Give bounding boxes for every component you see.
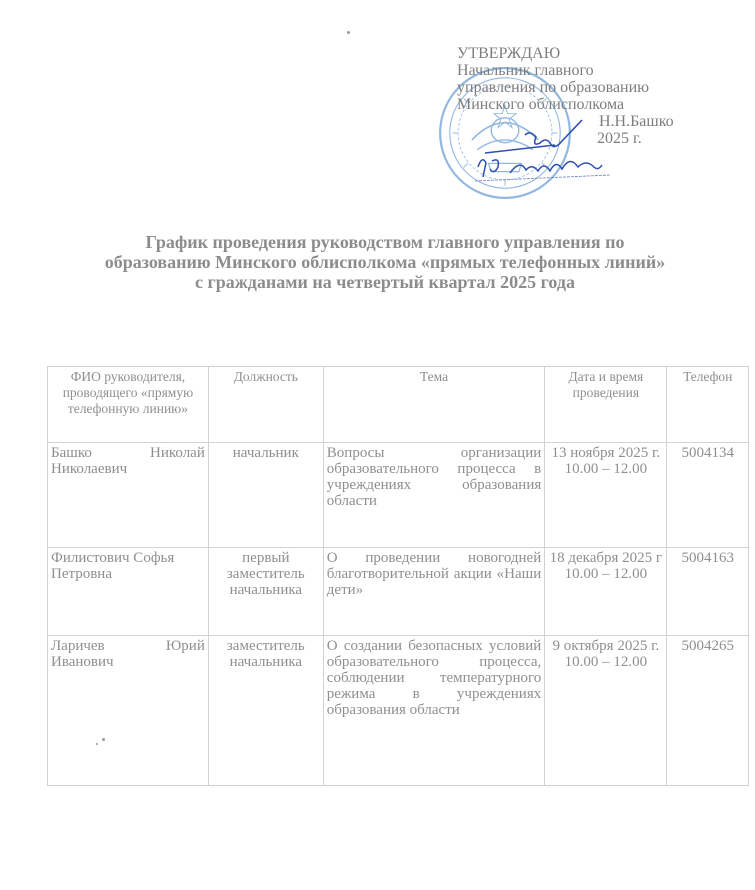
cell-datetime: 18 декабря 2025 г 10.00 – 12.00 xyxy=(545,548,667,636)
header-name: ФИО руководителя, проводящего «прямую те… xyxy=(48,367,209,443)
approval-heading: УТВЕРЖДАЮ xyxy=(457,45,674,62)
cell-topic: Вопросы организации образовательного про… xyxy=(323,443,544,548)
cell-name: Филистович Софья Петровна xyxy=(48,548,209,636)
cell-datetime: 13 ноября 2025 г. 10.00 – 12.00 xyxy=(545,443,667,548)
cell-name: Башко Николай Николаевич xyxy=(48,443,209,548)
cell-topic: О проведении новогодней благотворительно… xyxy=(323,548,544,636)
cell-phone: 5004163 xyxy=(667,548,749,636)
cell-date: 13 ноября 2025 г. xyxy=(548,445,663,461)
scan-speck xyxy=(102,738,105,741)
table-row: Филистович Софья Петровна первый замести… xyxy=(48,548,749,636)
title-line: с гражданами на четвертый квартал 2025 г… xyxy=(40,272,730,292)
title-line: образованию Минского облисполкома «прямы… xyxy=(40,252,730,272)
table-row: Башко Николай Николаевич начальник Вопро… xyxy=(48,443,749,548)
title-line: График проведения руководством главного … xyxy=(40,232,730,252)
table-row: Ларичев Юрий Иванович заместитель началь… xyxy=(48,636,749,786)
handwritten-signature-icon xyxy=(470,115,620,190)
header-datetime: Дата и время проведения xyxy=(545,367,667,443)
approval-line: Начальник главного xyxy=(457,62,674,79)
cell-phone: 5004265 xyxy=(667,636,749,786)
cell-topic: О создании безопасных условий образовате… xyxy=(323,636,544,786)
cell-name: Ларичев Юрий Иванович xyxy=(48,636,209,786)
cell-date: 18 декабря 2025 г xyxy=(548,550,663,566)
cell-datetime: 9 октября 2025 г. 10.00 – 12.00 xyxy=(545,636,667,786)
cell-time: 10.00 – 12.00 xyxy=(548,566,663,582)
approval-line: управления по образованию xyxy=(457,79,674,96)
scan-speck xyxy=(347,31,350,34)
cell-position: первый заместитель начальника xyxy=(208,548,323,636)
hotline-schedule-table: ФИО руководителя, проводящего «прямую те… xyxy=(47,366,749,786)
cell-position: начальник xyxy=(208,443,323,548)
approval-line: Минского облисполкома xyxy=(457,96,674,113)
scan-speck xyxy=(96,743,98,745)
table-header-row: ФИО руководителя, проводящего «прямую те… xyxy=(48,367,749,443)
header-phone: Телефон xyxy=(667,367,749,443)
cell-position: заместитель начальника xyxy=(208,636,323,786)
cell-date: 9 октября 2025 г. xyxy=(548,638,663,654)
header-position: Должность xyxy=(208,367,323,443)
header-topic: Тема xyxy=(323,367,544,443)
document-title: График проведения руководством главного … xyxy=(40,232,730,292)
cell-time: 10.00 – 12.00 xyxy=(548,654,663,670)
cell-time: 10.00 – 12.00 xyxy=(548,461,663,477)
cell-phone: 5004134 xyxy=(667,443,749,548)
